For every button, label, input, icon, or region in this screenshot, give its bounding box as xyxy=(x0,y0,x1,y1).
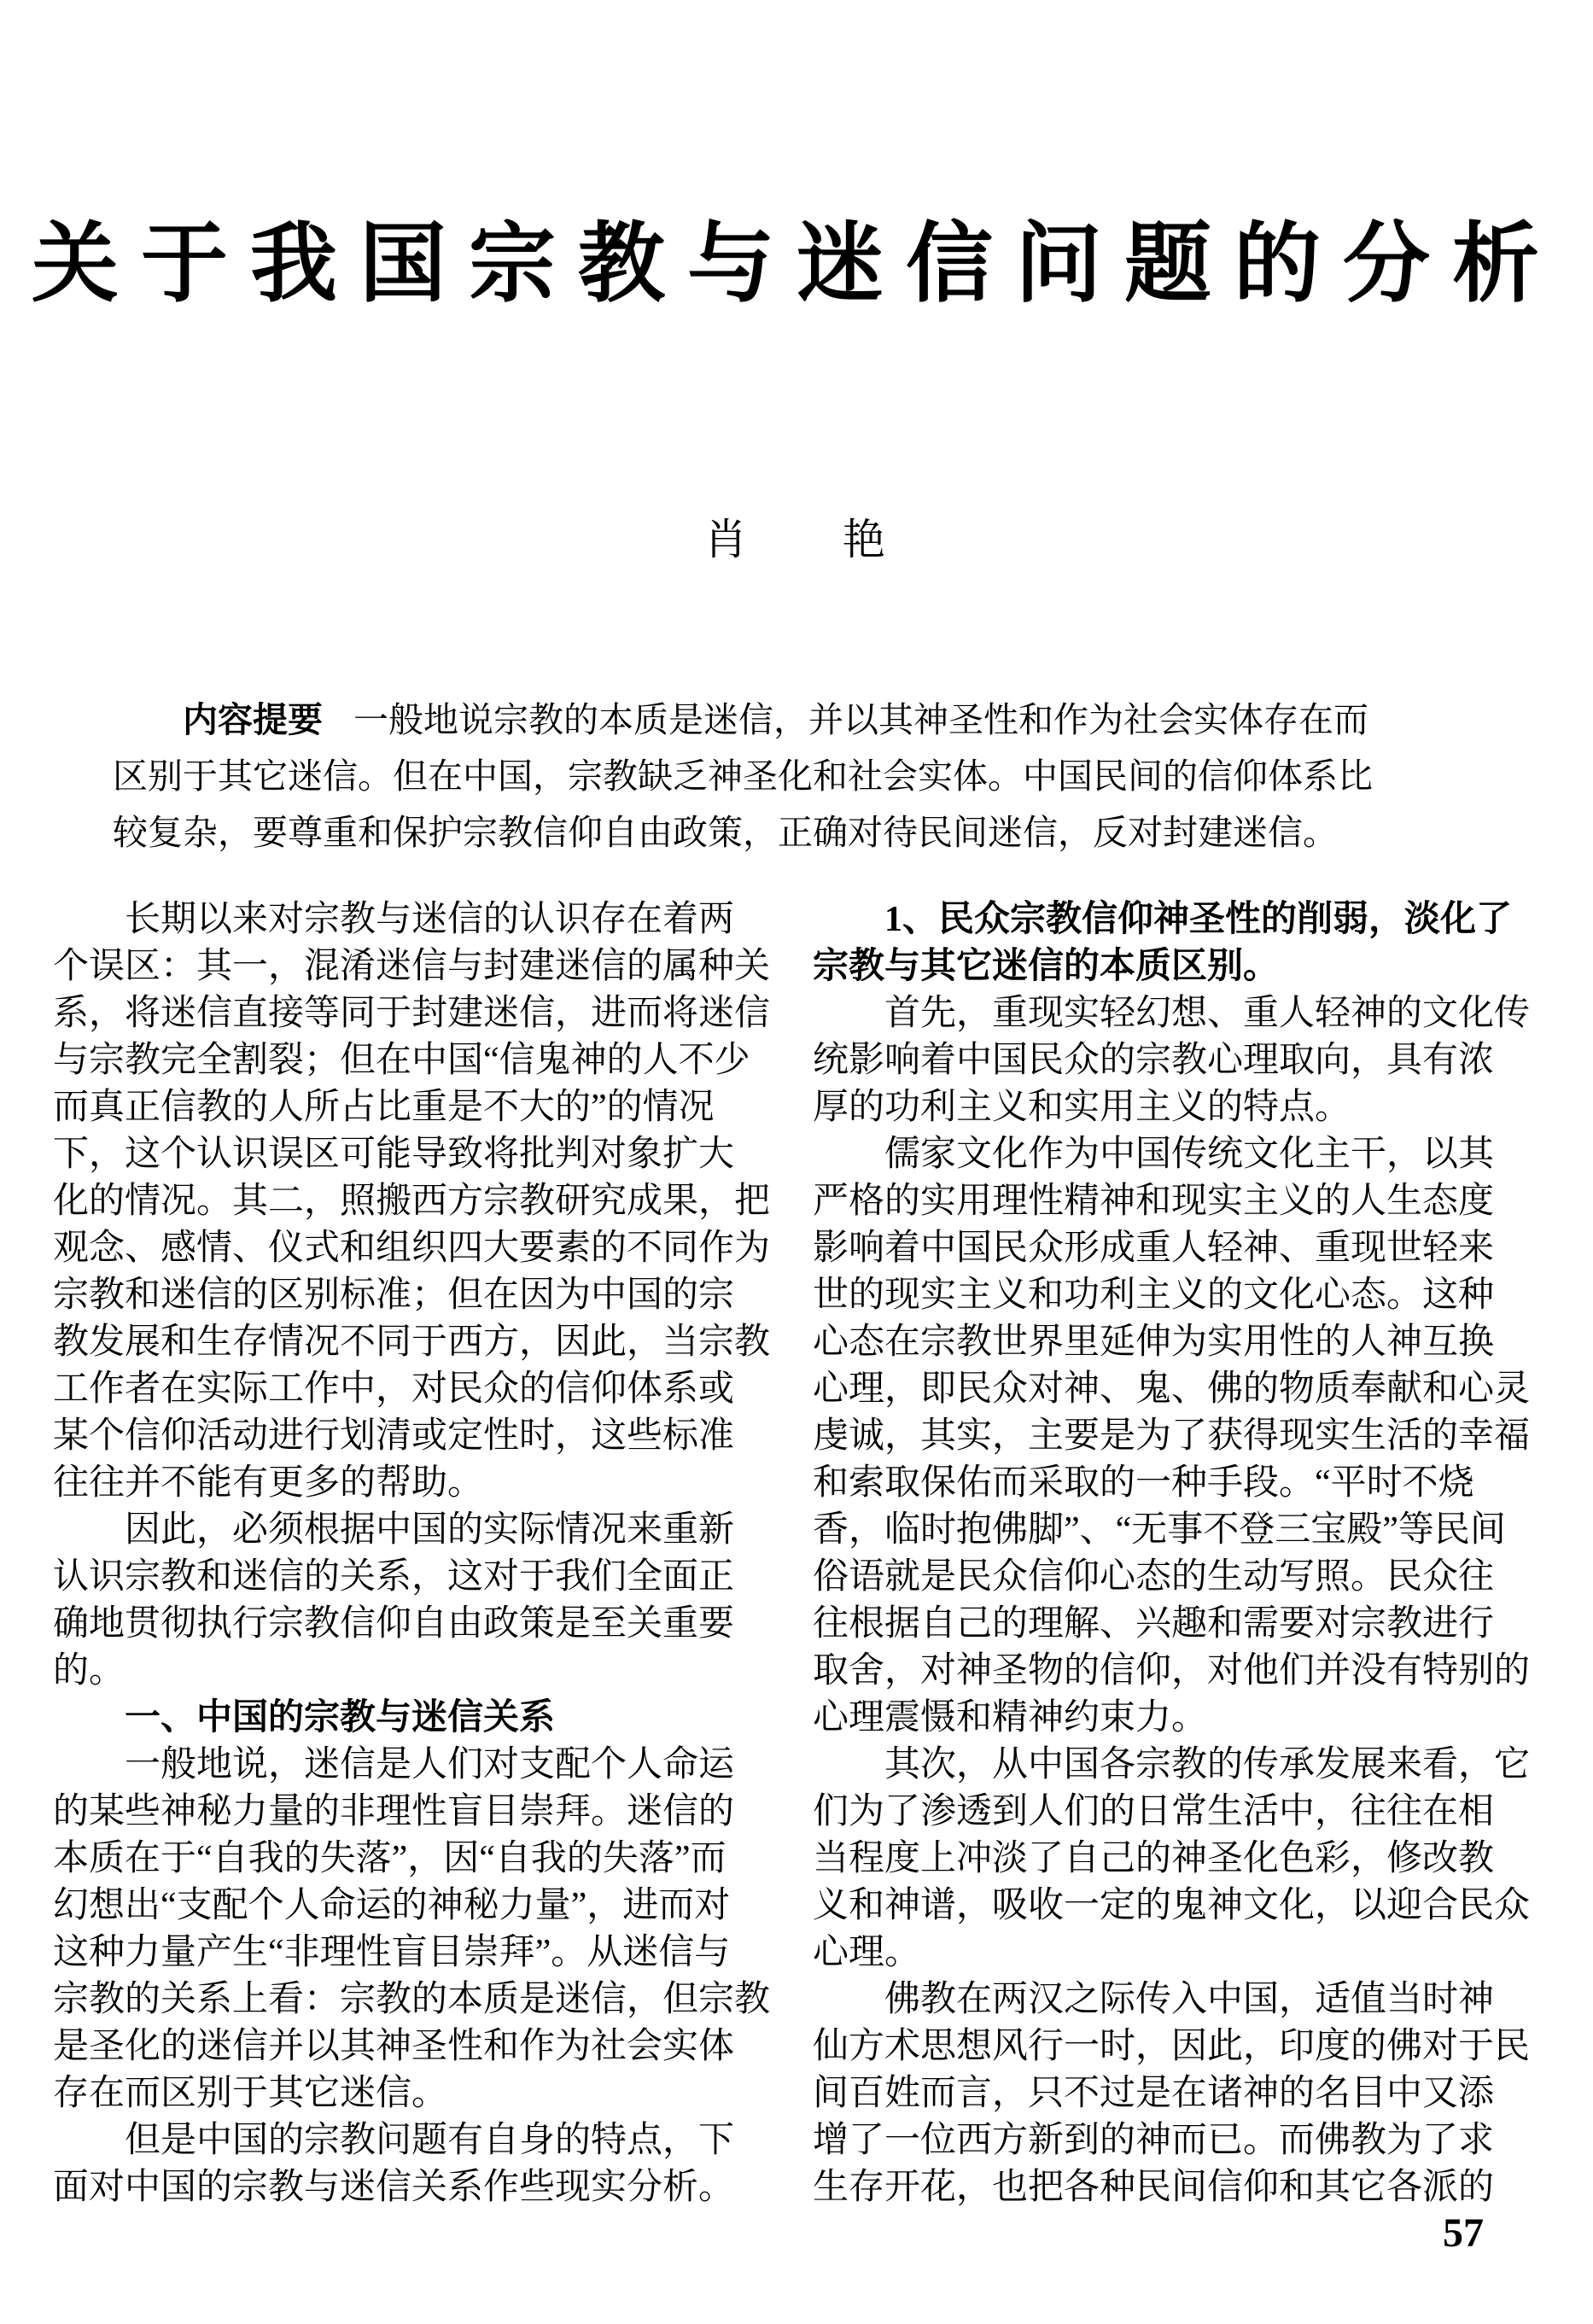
body-line: 的。 xyxy=(53,1648,777,1695)
body-line: 当程度上冲淡了自己的神圣化色彩，修改教 xyxy=(813,1836,1540,1883)
body-line: 而真正信教的人所占比重是不大的”的情况 xyxy=(53,1084,777,1131)
body-line: 本质在于“自我的失落”，因“自我的失落”而 xyxy=(53,1836,777,1883)
body-line: 往根据自己的理解、兴趣和需要对宗教进行 xyxy=(813,1601,1540,1648)
right-column: 1、民众宗教信仰神圣性的削弱，淡化了 宗教与其它迷信的本质区别。 首先，重现实轻… xyxy=(813,896,1540,2211)
body-line: 面对中国的宗教与迷信关系作些现实分析。 xyxy=(53,2164,777,2211)
body-line: 取舍，对神圣物的信仰，对他们并没有特别的 xyxy=(813,1648,1540,1695)
body-line: 教发展和生存情况不同于西方，因此，当宗教 xyxy=(53,1319,777,1366)
abstract-label: 内容提要 xyxy=(183,700,323,739)
sub-heading: 宗教与其它迷信的本质区别。 xyxy=(813,943,1540,990)
body-line: 与宗教完全割裂；但在中国“信鬼神的人不少 xyxy=(53,1037,777,1084)
abstract-line: 较复杂，要尊重和保护宗教信仰自由政策，正确对待民间迷信，反对封建迷信。 xyxy=(113,804,1503,861)
body-line: 个误区：其一，混淆迷信与封建迷信的属种关 xyxy=(53,943,777,990)
body-line: 心理。 xyxy=(813,1930,1540,1977)
body-line: 的某些神秘力量的非理性盲目崇拜。迷信的 xyxy=(53,1789,777,1836)
body-line: 间百姓而言，只不过是在诸神的名目中又添 xyxy=(813,2070,1540,2117)
body-line: 影响着中国民众形成重人轻神、重现世轻来 xyxy=(813,1225,1540,1272)
body-line: 宗教的关系上看：宗教的本质是迷信，但宗教 xyxy=(53,1977,777,2023)
body-line: 们为了渗透到人们的日常生活中，往往在相 xyxy=(813,1789,1540,1836)
body-line: 工作者在实际工作中，对民众的信仰体系或 xyxy=(53,1366,777,1413)
body-line: 首先，重现实轻幻想、重人轻神的文化传 xyxy=(813,990,1540,1037)
body-line: 香，临时抱佛脚”、“无事不登三宝殿”等民间 xyxy=(813,1507,1540,1554)
body-line: 因此，必须根据中国的实际情况来重新 xyxy=(53,1507,777,1554)
body-line: 长期以来对宗教与迷信的认识存在着两 xyxy=(53,896,777,943)
body-line: 是圣化的迷信并以其神圣性和作为社会实体 xyxy=(53,2023,777,2070)
body-line: 厚的功利主义和实用主义的特点。 xyxy=(813,1084,1540,1131)
body-line: 一般地说，迷信是人们对支配个人命运 xyxy=(53,1742,777,1789)
page-title: 关于我国宗教与迷信问题的分析 xyxy=(0,195,1593,319)
body-line: 宗教和迷信的区别标准；但在因为中国的宗 xyxy=(53,1272,777,1319)
abstract-text: 一般地说宗教的本质是迷信，并以其神圣性和作为社会实体存在而 xyxy=(353,700,1368,739)
body-line: 某个信仰活动进行划清或定性时，这些标准 xyxy=(53,1413,777,1460)
abstract-line: 区别于其它迷信。但在中国，宗教缺乏神圣化和社会实体。中国民间的信仰体系比 xyxy=(113,748,1503,804)
body-line: 这种力量产生“非理性盲目崇拜”。从迷信与 xyxy=(53,1930,777,1977)
author-name: 肖 艳 xyxy=(0,505,1593,567)
body-line: 生存开花，也把各种民间信仰和其它各派的 xyxy=(813,2164,1540,2211)
body-line: 虔诚，其实，主要是为了获得现实生活的幸福 xyxy=(813,1413,1540,1460)
body-line: 统影响着中国民众的宗教心理取向，具有浓 xyxy=(813,1037,1540,1084)
body-line: 幻想出“支配个人命运的神秘力量”，进而对 xyxy=(53,1883,777,1930)
body-line: 存在而区别于其它迷信。 xyxy=(53,2070,777,2117)
body-line: 下，这个认识误区可能导致将批判对象扩大 xyxy=(53,1131,777,1178)
body-line: 和索取保佑而采取的一种手段。“平时不烧 xyxy=(813,1460,1540,1507)
body-line: 确地贯彻执行宗教信仰自由政策是至关重要 xyxy=(53,1601,777,1648)
left-column: 长期以来对宗教与迷信的认识存在着两 个误区：其一，混淆迷信与封建迷信的属种关 系… xyxy=(53,896,777,2211)
body-line: 认识宗教和迷信的关系，这对于我们全面正 xyxy=(53,1554,777,1601)
body-line: 心态在宗教世界里延伸为实用性的人神互换 xyxy=(813,1319,1540,1366)
document-page: 关于我国宗教与迷信问题的分析 肖 艳 内容提要一般地说宗教的本质是迷信，并以其神… xyxy=(0,0,1593,2324)
body-line: 儒家文化作为中国传统文化主干，以其 xyxy=(813,1131,1540,1178)
body-line: 其次，从中国各宗教的传承发展来看，它 xyxy=(813,1742,1540,1789)
body-line: 世的现实主义和功利主义的文化心态。这种 xyxy=(813,1272,1540,1319)
body-line: 义和神谱，吸收一定的鬼神文化，以迎合民众 xyxy=(813,1883,1540,1930)
body-line: 增了一位西方新到的神而已。而佛教为了求 xyxy=(813,2117,1540,2164)
abstract-line: 内容提要一般地说宗教的本质是迷信，并以其神圣性和作为社会实体存在而 xyxy=(113,692,1503,748)
page-number: 57 xyxy=(1443,2210,1484,2257)
body-line: 但是中国的宗教问题有自身的特点，下 xyxy=(53,2117,777,2164)
abstract-block: 内容提要一般地说宗教的本质是迷信，并以其神圣性和作为社会实体存在而 区别于其它迷… xyxy=(113,692,1503,861)
sub-heading: 1、民众宗教信仰神圣性的削弱，淡化了 xyxy=(813,896,1540,943)
body-line: 俗语就是民众信仰心态的生动写照。民众往 xyxy=(813,1554,1540,1601)
body-line: 心理震慑和精神约束力。 xyxy=(813,1695,1540,1742)
body-line: 佛教在两汉之际传入中国，适值当时神 xyxy=(813,1977,1540,2023)
body-line: 化的情况。其二，照搬西方宗教研究成果，把 xyxy=(53,1178,777,1225)
body-line: 心理，即民众对神、鬼、佛的物质奉献和心灵 xyxy=(813,1366,1540,1413)
body-line: 往往并不能有更多的帮助。 xyxy=(53,1460,777,1507)
body-line: 仙方术思想风行一时，因此，印度的佛对于民 xyxy=(813,2023,1540,2070)
body-line: 系，将迷信直接等同于封建迷信，进而将迷信 xyxy=(53,990,777,1037)
section-heading: 一、中国的宗教与迷信关系 xyxy=(53,1695,777,1742)
body-line: 观念、感情、仪式和组织四大要素的不同作为 xyxy=(53,1225,777,1272)
body-line: 严格的实用理性精神和现实主义的人生态度 xyxy=(813,1178,1540,1225)
